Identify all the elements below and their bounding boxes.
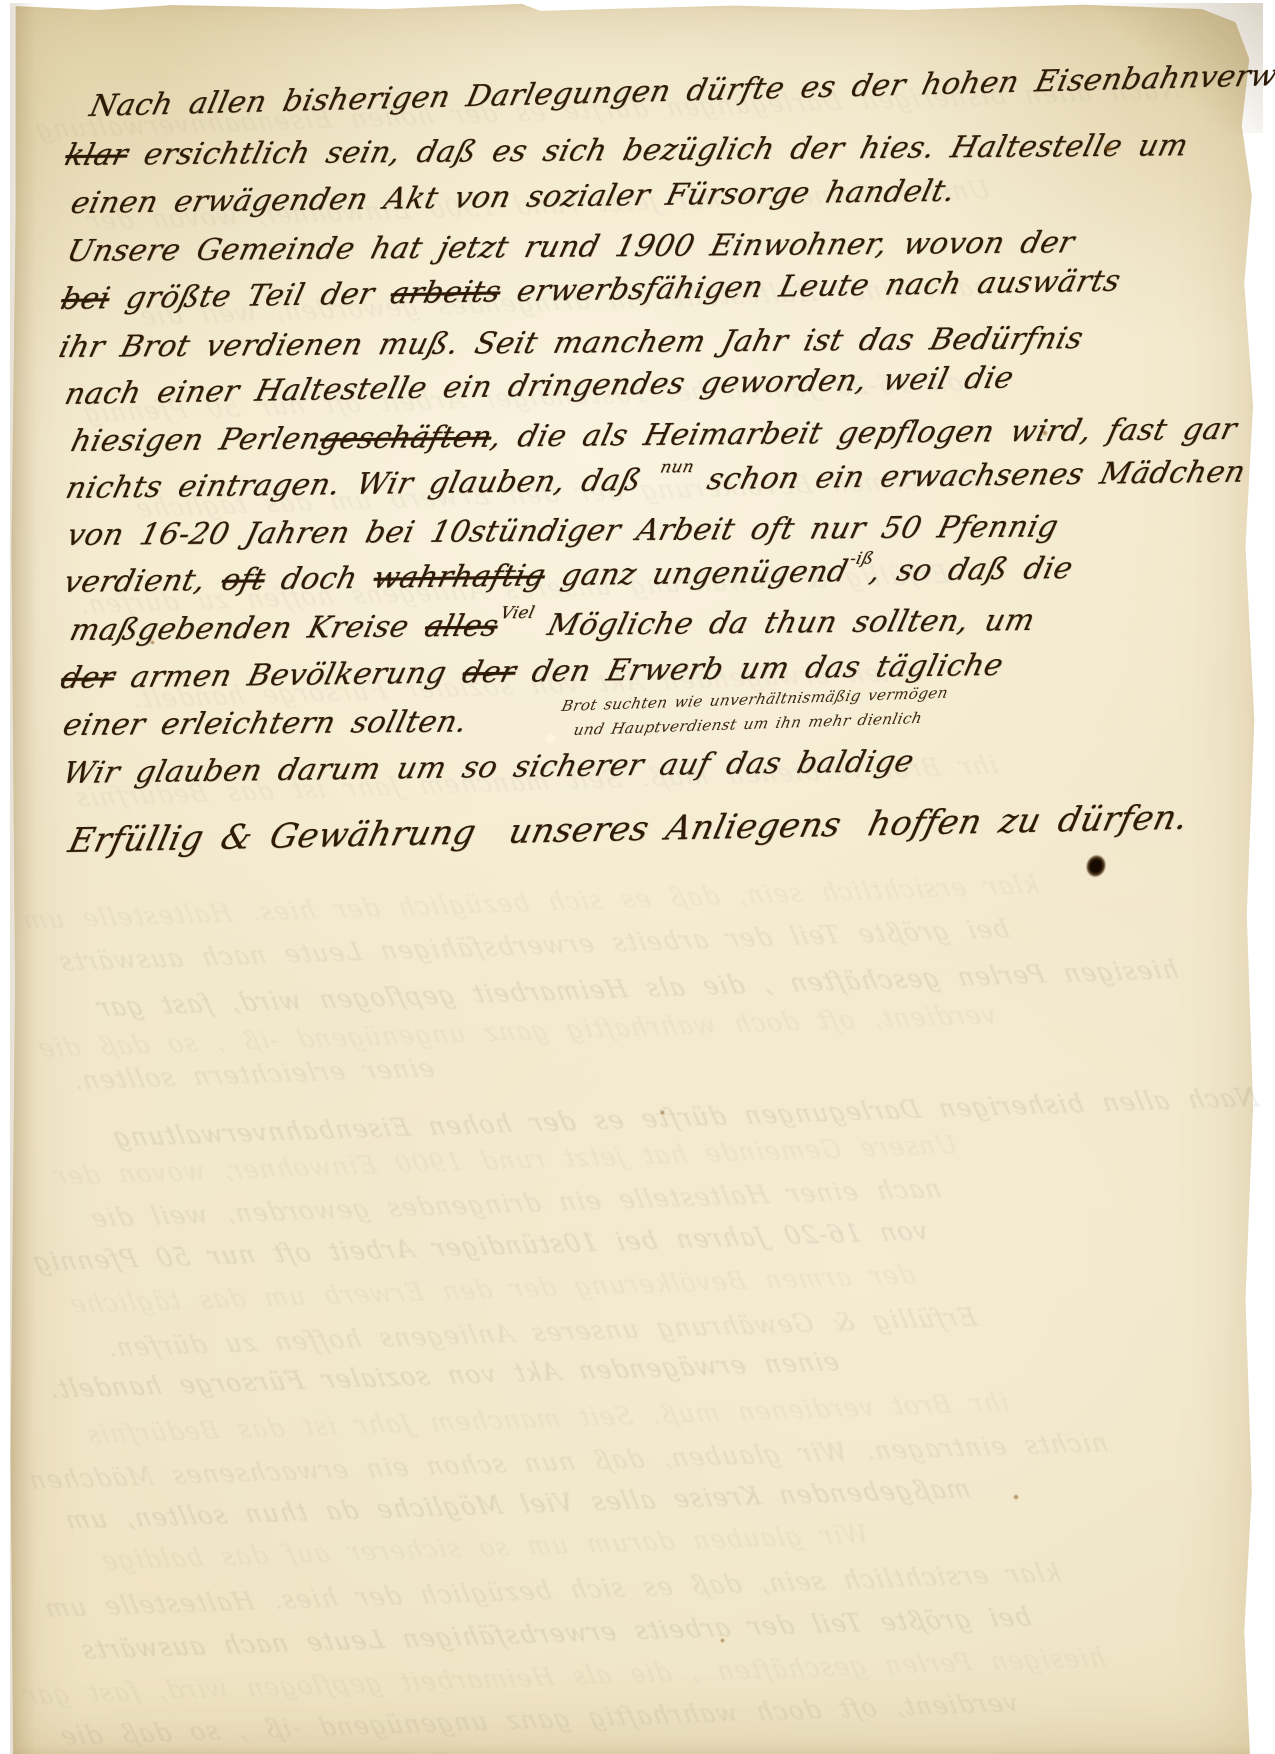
paper-sheet <box>10 3 1258 1754</box>
scanned-manuscript-page: { "document": { "kind": "handwritten let… <box>0 0 1275 1754</box>
